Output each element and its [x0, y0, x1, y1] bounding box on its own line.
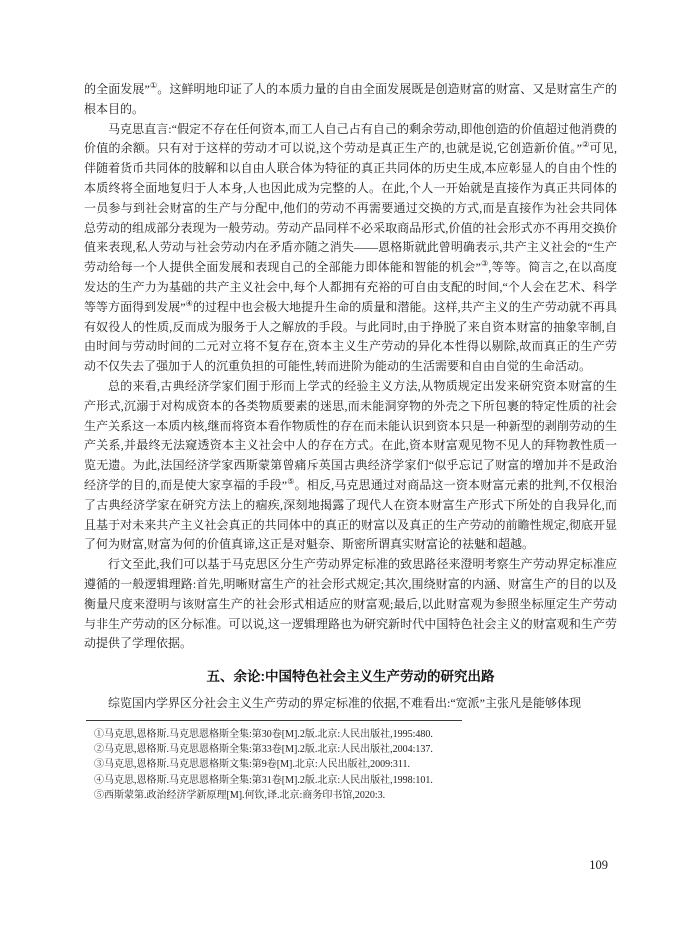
paragraph-marx-quote: 马克思直言:“假定不存在任何资本,而工人自己占有自己的剩余劳动,即他创造的价值超… [84, 120, 617, 377]
footnote-4: ④马克思,恩格斯.马克思恩格斯全集:第31卷[M].2版.北京:人民出版社,19… [94, 773, 617, 788]
footnote-separator [86, 720, 462, 721]
section-heading: 五、余论:中国特色社会主义生产劳动的研究出路 [84, 667, 617, 687]
page-number: 109 [589, 858, 608, 873]
footnote-5: ⑤西斯蒙第.政治经济学新原理[M].何钦,译.北京:商务印书馆,2020:3. [94, 788, 617, 803]
article-body: 的全面发展”①。这鲜明地印证了人的本质力量的自由全面发展既是创造财富的财富、又是… [84, 80, 617, 803]
paragraph-conclusion-opening: 综览国内学界区分社会主义生产劳动的界定标准的依据,不难看出:“宽派”主张凡是能够… [84, 694, 617, 714]
journal-page: 的全面发展”①。这鲜明地印证了人的本质力量的自由全面发展既是创造财富的财富、又是… [0, 0, 700, 943]
footnote-3: ③马克思,恩格斯.马克思恩格斯文集:第9卷[M].北京:人民出版社,2009:3… [94, 757, 617, 772]
footnote-2: ②马克思,恩格斯.马克思恩格斯全集:第33卷[M].2版.北京:人民出版社,20… [94, 742, 617, 757]
paragraph-continuation: 的全面发展”①。这鲜明地印证了人的本质力量的自由全面发展既是创造财富的财富、又是… [84, 80, 617, 120]
footnotes-block: ①马克思,恩格斯.马克思恩格斯全集:第30卷[M].2版.北京:人民出版社,19… [84, 727, 617, 803]
footnote-1: ①马克思,恩格斯.马克思恩格斯全集:第30卷[M].2版.北京:人民出版社,19… [94, 727, 617, 742]
paragraph-classical-economists: 总的来看,古典经济学家们囿于形而上学式的经验主义方法,从物质规定出发来研究资本财… [84, 377, 617, 555]
paragraph-logic-path: 行文至此,我们可以基于马克思区分生产劳动界定标准的致思路径来澄明考察生产劳动界定… [84, 555, 617, 654]
